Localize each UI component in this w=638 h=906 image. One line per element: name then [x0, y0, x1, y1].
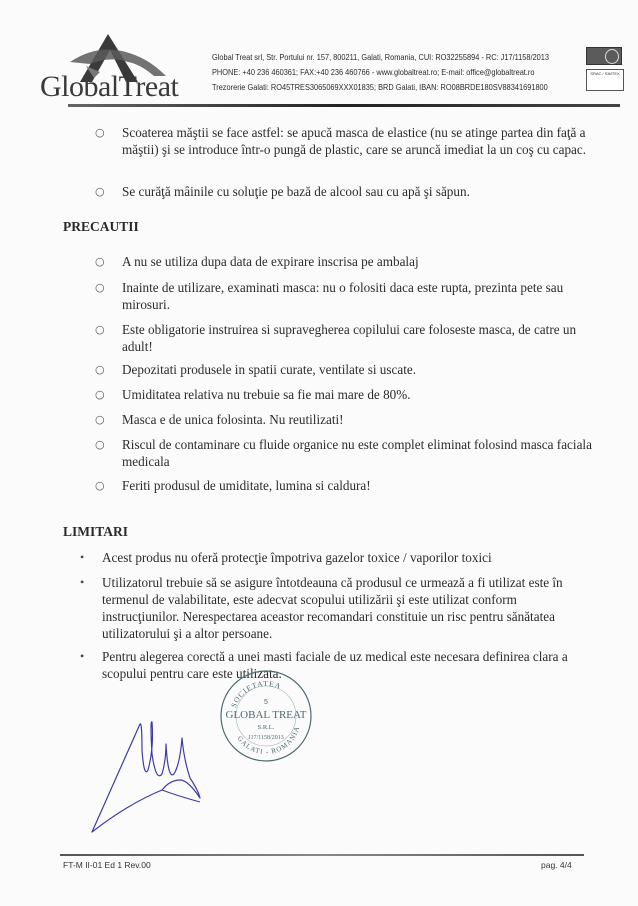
company-bank: Trezorerie Galati: RO45TRES3065069XXX018… [212, 80, 549, 95]
list-item: ○ A nu se utiliza dupa data de expirare … [122, 253, 592, 270]
svg-text:J17/1158/2013: J17/1158/2013 [248, 735, 283, 741]
section-heading-precautii: PRECAUTII [63, 219, 139, 235]
footer-divider [60, 854, 584, 856]
company-info: Global Treat srl, Str. Portului nr. 157,… [212, 50, 549, 95]
circle-bullet-icon: ○ [95, 321, 105, 338]
circle-bullet-icon: ○ [95, 279, 105, 296]
dot-bullet-icon: • [80, 549, 84, 566]
srac-cert-icon [586, 47, 622, 65]
list-item: ○ Depozitati produsele in spatii curate,… [122, 361, 592, 378]
certification-logos: SRAC / SIMTEX [586, 47, 622, 91]
list-item: ○ Se curăţă mâinile cu soluţie pe bază d… [122, 183, 592, 200]
section-heading-limitari: LIMITARI [63, 524, 128, 540]
list-item: ○ Scoaterea măştii se face astfel: se ap… [122, 124, 592, 158]
circle-bullet-icon: ○ [95, 386, 105, 403]
list-item: ○ Masca e de unica folosinta. Nu reutili… [122, 411, 592, 428]
circle-bullet-icon: ○ [95, 477, 105, 494]
list-item: • Utilizatorul trebuie să se asigure înt… [102, 574, 582, 642]
list-item: ○ Este obligatorie instruirea si suprave… [122, 321, 592, 355]
list-item: ○ Feriti produsul de umiditate, lumina s… [122, 477, 592, 494]
circle-bullet-icon: ○ [95, 436, 105, 453]
simtex-cert-icon: SRAC / SIMTEX [586, 69, 624, 91]
company-address: Global Treat srl, Str. Portului nr. 157,… [212, 50, 549, 65]
signature-scribble-icon [88, 720, 248, 840]
company-logo: GlobalTreat [40, 32, 210, 102]
svg-text:SOCIETATEA: SOCIETATEA [229, 679, 283, 709]
header-divider [68, 104, 620, 107]
circle-bullet-icon: ○ [95, 253, 105, 270]
logo-wordmark: GlobalTreat [40, 70, 178, 104]
circle-bullet-icon: ○ [95, 361, 105, 378]
dot-bullet-icon: • [80, 648, 84, 665]
company-contact: PHONE: +40 236 460361; FAX:+40 236 46076… [212, 65, 549, 80]
list-item: ○ Inainte de utilizare, examinati masca:… [122, 279, 592, 313]
document-code: FT-M II-01 Ed 1 Rev.00 [63, 860, 151, 870]
page-number: pag. 4/4 [541, 860, 572, 870]
circle-bullet-icon: ○ [95, 124, 105, 141]
svg-text:S.R.L.: S.R.L. [258, 724, 275, 731]
circle-bullet-icon: ○ [95, 183, 105, 200]
list-item: • Pentru alegerea corectă a unei masti f… [102, 648, 582, 682]
list-item: ○ Umiditatea relativa nu trebuie sa fie … [122, 386, 592, 403]
circle-bullet-icon: ○ [95, 411, 105, 428]
list-item: ○ Riscul de contaminare cu fluide organi… [122, 436, 592, 470]
dot-bullet-icon: • [80, 574, 84, 591]
svg-text:5: 5 [264, 699, 268, 706]
signature [88, 720, 248, 840]
list-item: • Acest produs nu oferă protecţie împotr… [102, 549, 582, 566]
